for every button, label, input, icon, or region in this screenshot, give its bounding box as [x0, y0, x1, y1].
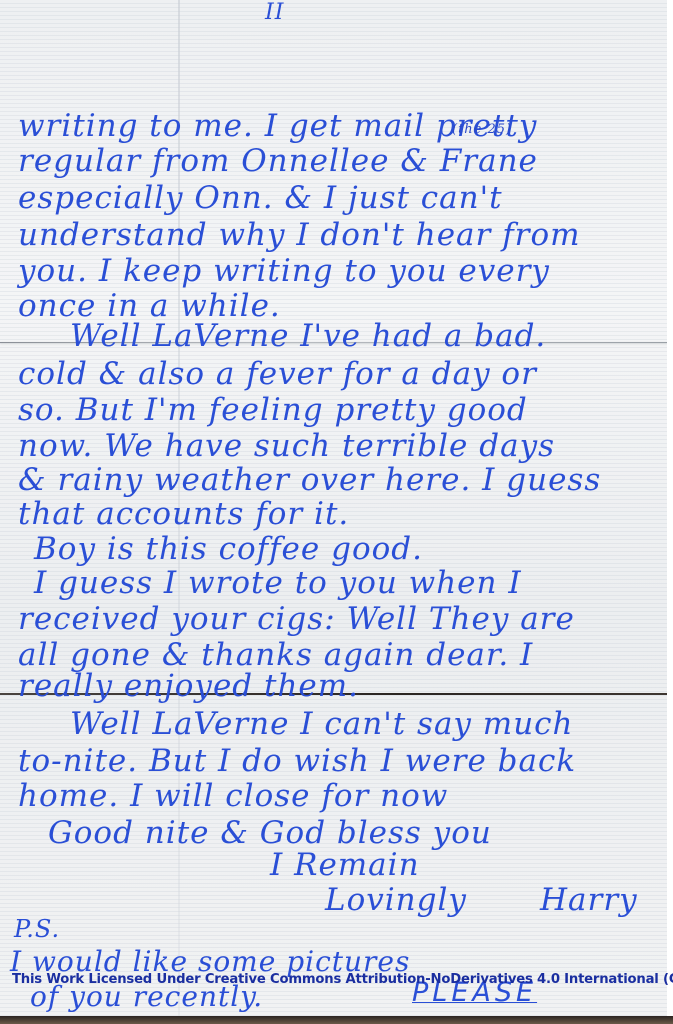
letter-line-10: now. We have such terrible days	[18, 428, 555, 464]
letter-line-12: that accounts for it.	[18, 496, 349, 532]
letter-line-11: & rainy weather over here. I guess	[18, 462, 601, 498]
letter-line-8: cold & also a fever for a day or	[18, 356, 537, 392]
letter-line-17: really enjoyed them.	[18, 668, 359, 704]
letter-line-19: to-nite. But I do wish I were back	[18, 743, 576, 779]
letter-line-5: you. I keep writing to you every	[18, 253, 550, 289]
letter-line-21: Good nite & God bless you	[48, 815, 492, 851]
letter-line-2: regular from Onnellee & Frane	[18, 143, 538, 179]
letter-line-9: so. But I'm feeling pretty good	[18, 392, 528, 428]
scan-margin-right	[667, 0, 673, 1024]
closing-valediction: Lovingly	[325, 882, 467, 918]
letter-line-7: Well LaVerne I've had a bad.	[70, 318, 546, 354]
license-watermark: This Work Licensed Under Creative Common…	[12, 972, 673, 987]
letter-line-13: Boy is this coffee good.	[34, 531, 423, 567]
scan-bottom-edge	[0, 1016, 673, 1024]
letter-line-3: especially Onn. & I just can't	[18, 180, 503, 216]
postscript-label: P.S.	[14, 915, 60, 943]
letter-line-15: received your cigs: Well They are	[18, 601, 575, 637]
letter-line-18: Well LaVerne I can't say much	[70, 706, 574, 742]
letter-line-4: understand why I don't hear from	[18, 217, 581, 253]
letter-line-20: home. I will close for now	[18, 778, 448, 814]
closing-remain: I Remain	[270, 847, 420, 883]
signature: Harry	[540, 882, 638, 918]
letter-line-14: I guess I wrote to you when I	[34, 565, 522, 601]
interlinear-note: (the 25)	[452, 122, 512, 137]
page-number: II	[265, 0, 284, 25]
